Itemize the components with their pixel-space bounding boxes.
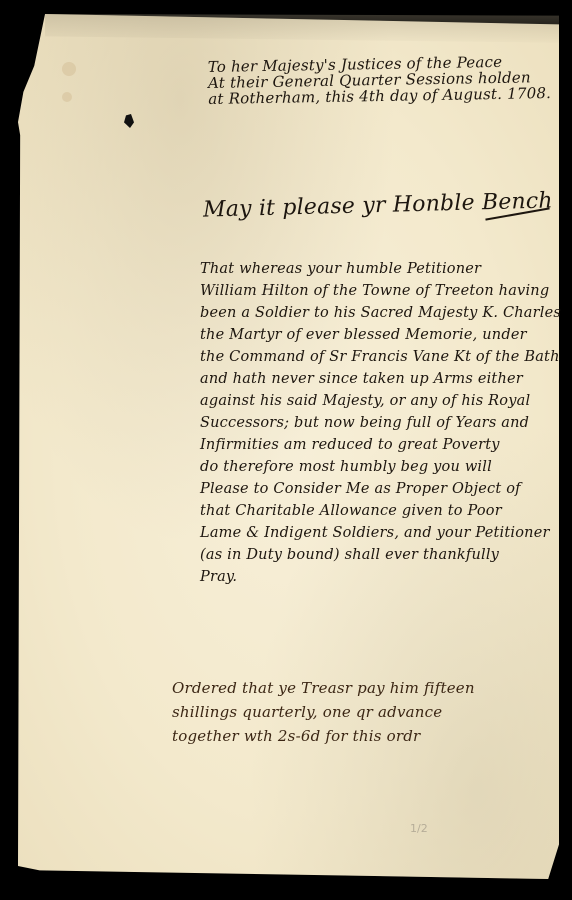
petition-line: Infirmities am reduced to great Poverty [200, 434, 561, 456]
petition-line: against his said Majesty, or any of his … [200, 390, 561, 412]
petition-line: Successors; but now being full of Years … [200, 412, 561, 434]
petition-line: the Command of Sr Francis Vane Kt of the… [200, 346, 561, 368]
petition-line: that Charitable Allowance given to Poor [200, 500, 561, 522]
order-line: shillings quarterly, one qr advance [172, 700, 475, 724]
pencil-note: 1/2 [410, 822, 428, 835]
petition-line: Please to Consider Me as Proper Object o… [200, 478, 561, 500]
petition-body: That whereas your humble Petitioner Will… [200, 258, 561, 588]
petition-line: do therefore most humbly beg you will [200, 456, 561, 478]
address-block: To her Majesty's Justices of the Peace A… [208, 53, 552, 107]
court-order: Ordered that ye Treasr pay him fifteen s… [172, 676, 475, 748]
petition-line: the Martyr of ever blessed Memorie, unde… [200, 324, 561, 346]
order-line: Ordered that ye Treasr pay him fifteen [172, 676, 475, 700]
petition-line: been a Soldier to his Sacred Majesty K. … [200, 302, 561, 324]
petition-line: Pray. [200, 566, 561, 588]
petition-line: That whereas your humble Petitioner [200, 258, 561, 280]
petition-line: Lame & Indigent Soldiers, and your Petit… [200, 522, 561, 544]
petition-line: (as in Duty bound) shall ever thankfully [200, 544, 561, 566]
foxing-stain [62, 92, 72, 102]
order-line: together wth 2s-6d for this ordr [172, 724, 475, 748]
petition-line: and hath never since taken up Arms eithe… [200, 368, 561, 390]
foxing-stain [62, 62, 76, 76]
petition-line: William Hilton of the Towne of Treeton h… [200, 280, 561, 302]
